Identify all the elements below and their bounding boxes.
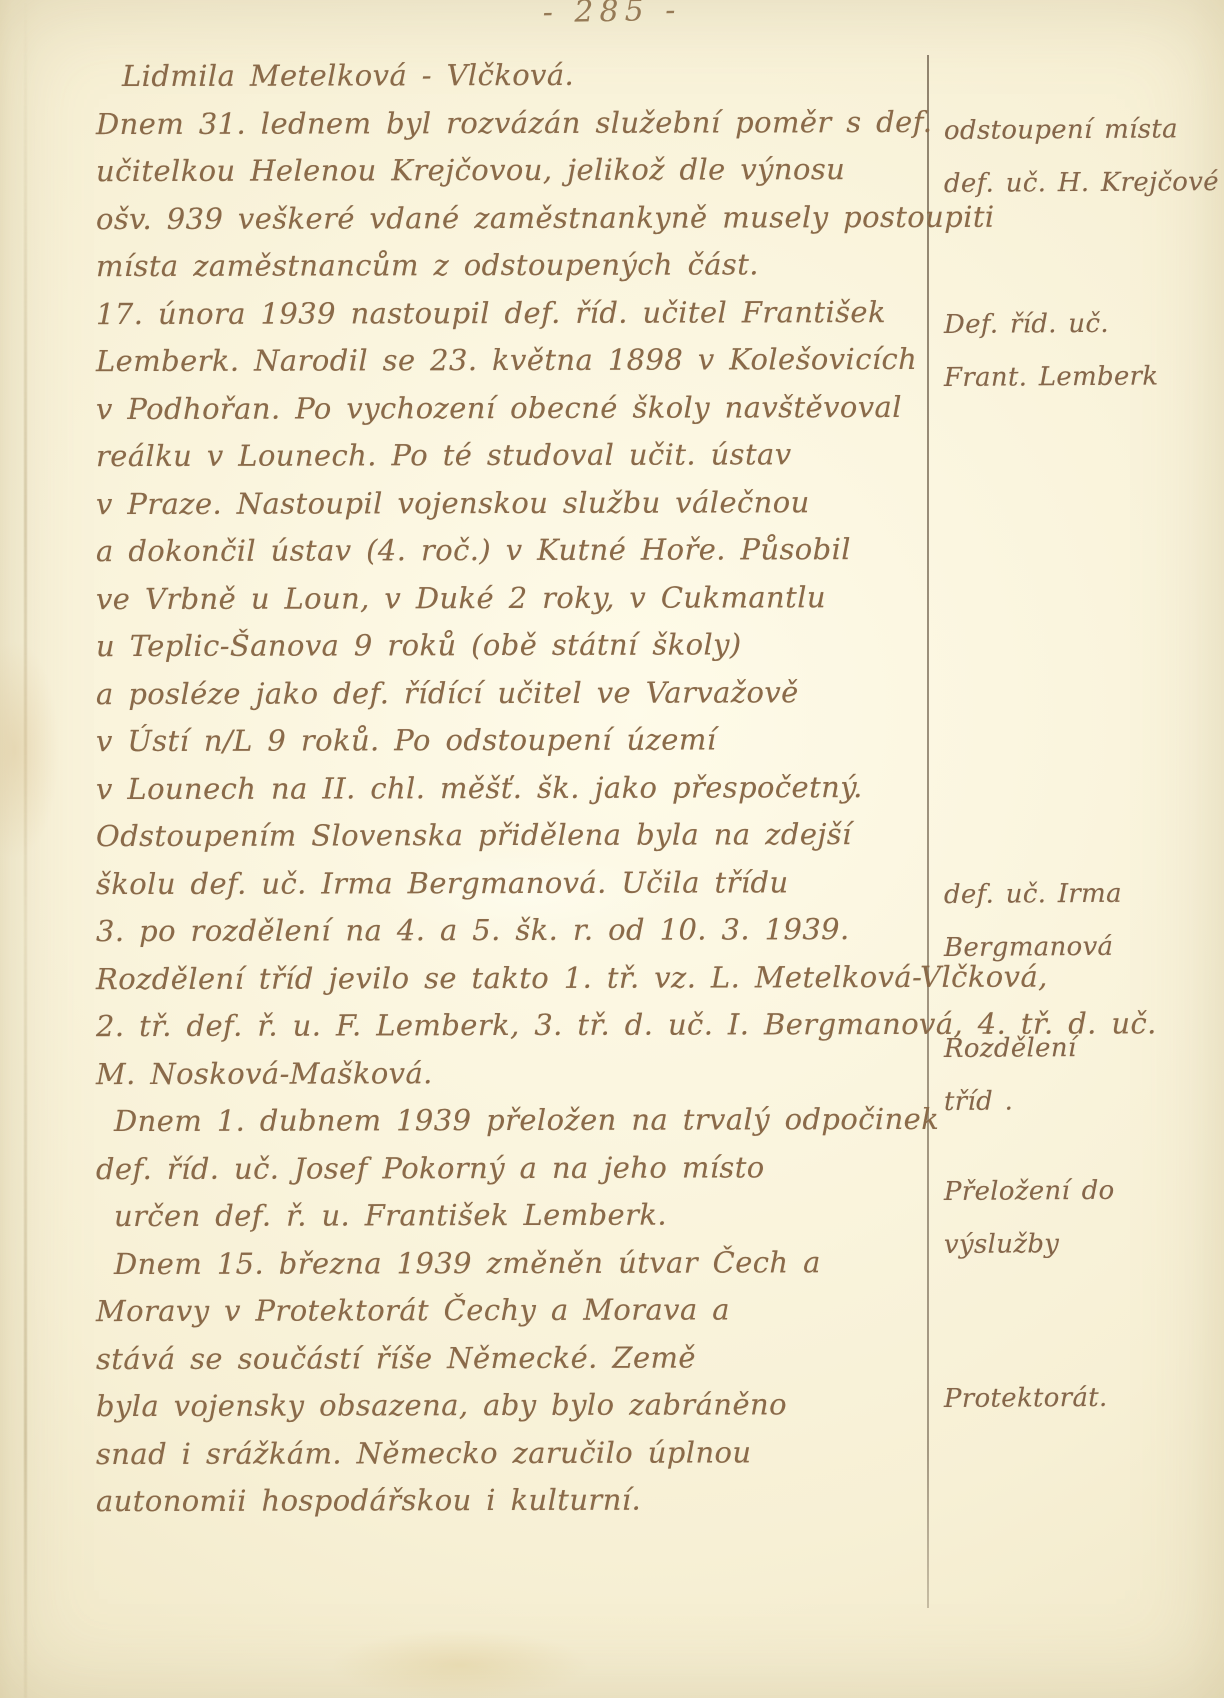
text-line: ošv. 939 veškeré vdané zaměstnankyně mus… [96,193,924,243]
text-line: v Ústí n/L 9 roků. Po odstoupení území [96,716,924,766]
text-line: 17. února 1939 nastoupil def. říd. učite… [96,288,924,338]
margin-note-line: odstoupení místa [944,103,1219,158]
margin-divider-line [927,55,929,1608]
text-line: Moravy v Protektorát Čechy a Morava a [96,1286,924,1336]
text-line: v Praze. Nastoupil vojenskou službu vále… [96,478,924,528]
margin-note-line: Rozdělení [944,1021,1219,1076]
page-number: - 285 - [542,0,681,30]
text-line: Dnem 15. března 1939 změněn útvar Čech a [114,1238,924,1288]
text-line: reálku v Lounech. Po té studoval učit. ú… [96,431,924,481]
margin-note-bergmanova: def. uč. Irma Bergmanová [944,868,1219,974]
text-line: autonomii hospodářskou i kulturní. [96,1476,924,1526]
margin-note-line [944,1424,1219,1479]
paper-stain [0,640,60,860]
margin-note-line: výslužby [944,1217,1219,1272]
chronicle-page: - 285 - Lidmila Metelková - Vlčková. Dne… [0,0,1224,1698]
text-line: 3. po rozdělení na 4. a 5. šk. r. od 10.… [96,906,924,956]
text-line: v Podhořan. Po vychození obecné školy na… [96,383,924,433]
text-line: školu def. uč. Irma Bergmanová. Učila tř… [96,858,924,908]
binding-crease [24,0,27,1698]
margin-note-line: def. uč. H. Krejčové [944,156,1219,211]
text-line: Dnem 1. dubnem 1939 přeložen na trvalý o… [114,1096,924,1146]
margin-note-line: Bergmanová [944,920,1219,975]
text-line: a posléze jako def. řídící učitel ve Var… [96,668,924,718]
margin-note-prelozeni: Přeložení do výslužby [944,1165,1219,1271]
text-line: v Lounech na II. chl. měšť. šk. jako pře… [96,763,924,813]
main-text-column: Lidmila Metelková - Vlčková. Dnem 31. le… [96,52,924,1525]
text-line: místa zaměstnancům z odstoupených část. [96,241,924,291]
text-line: 2. tř. def. ř. u. F. Lemberk, 3. tř. d. … [96,1001,924,1051]
margin-note-line: Protektorát. [944,1371,1219,1426]
margin-note-krejcova: odstoupení místa def. uč. H. Krejčové [944,104,1219,210]
text-line: Lemberk. Narodil se 23. května 1898 v Ko… [96,336,924,386]
entry-heading: Lidmila Metelková - Vlčková. [122,51,924,101]
margin-note-line: Def. říd. uč. [944,297,1219,352]
text-line: stává se součástí říše Německé. Země [96,1333,924,1383]
text-line: ve Vrbně u Loun, v Duké 2 roky, v Cukman… [96,573,924,623]
margin-note-line: Přeložení do [944,1164,1219,1219]
margin-note-rozdeleni-trid: Rozdělení tříd . [944,1022,1219,1128]
text-line: učitelkou Helenou Krejčovou, jelikož dle… [96,146,924,196]
text-line: Dnem 31. lednem byl rozvázán služební po… [96,98,924,148]
text-line: Odstoupením Slovenska přidělena byla na … [96,811,924,861]
margin-note-line: Frant. Lemberk [944,350,1219,405]
margin-note-line: def. uč. Irma [944,867,1219,922]
text-line: určen def. ř. u. František Lemberk. [114,1191,924,1241]
margin-note-lemberk: Def. říd. uč. Frant. Lemberk [944,298,1219,404]
text-line: Rozdělení tříd jevilo se takto 1. tř. vz… [96,953,924,1003]
text-line: M. Nosková-Mašková. [96,1048,924,1098]
text-line: snad i srážkám. Německo zaručilo úplnou [96,1428,924,1478]
margin-note-protektorat: Protektorát. [944,1372,1219,1478]
paper-stain [330,1630,590,1698]
text-line: a dokončil ústav (4. roč.) v Kutné Hoře.… [96,526,924,576]
text-line: u Teplic-Šanova 9 roků (obě státní školy… [96,621,924,671]
text-line: def. říd. uč. Josef Pokorný a na jeho mí… [96,1143,924,1193]
text-line: byla vojensky obsazena, aby bylo zabráně… [96,1381,924,1431]
margin-note-line: tříd . [944,1074,1219,1129]
